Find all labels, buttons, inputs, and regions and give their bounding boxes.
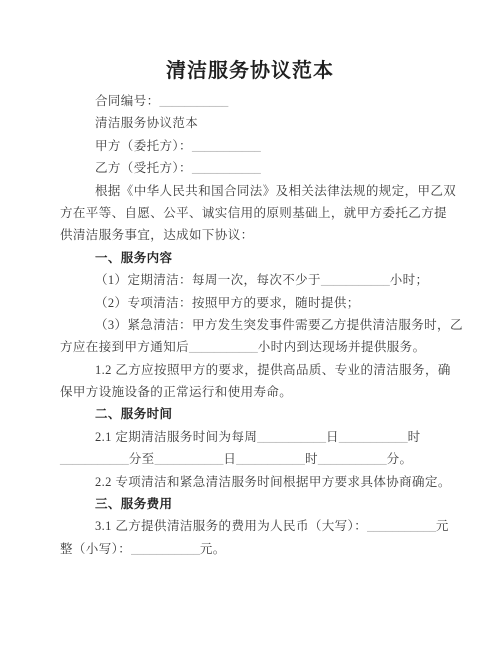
doc-line: 乙方（受托方）：___________ [60,157,440,179]
blank-field: ___________ [192,161,261,175]
doc-line: 2.2 专项清洁和紧急清洁服务时间根据甲方要求具体协商确定。 [60,471,440,493]
doc-line: 整（小写）：___________元。 [60,538,440,560]
blank-field: ___________ [131,542,200,556]
doc-line: 3.1 乙方提供清洁服务的费用为人民币（大写）：___________元 [60,515,440,537]
doc-line: 1.2 乙方应按照甲方的要求，提供高品质、专业的清洁服务，确 [60,359,440,381]
blank-field: ___________ [321,273,390,287]
doc-section-heading: 二、服务时间 [60,403,440,425]
doc-line: 清洁服务协议范本 [60,112,440,134]
blank-field: ___________ [257,430,326,444]
doc-line: 供清洁服务事宜，达成如下协议： [60,224,440,246]
doc-line: （1）定期清洁：每周一次，每次不少于___________小时； [60,269,440,291]
doc-line: 合同编号：___________ [60,90,440,112]
document-body: 合同编号：___________清洁服务协议范本甲方（委托方）：________… [0,90,500,560]
document-title: 清洁服务协议范本 [0,0,500,86]
blank-field: ___________ [318,452,387,466]
blank-field: ___________ [189,340,258,354]
blank-field: ___________ [60,452,129,466]
blank-field: ___________ [236,452,305,466]
doc-line: （2）专项清洁：按照甲方的要求，随时提供； [60,292,440,314]
blank-field: ___________ [367,519,436,533]
blank-field: ___________ [192,139,261,153]
doc-line: 方应在接到甲方通知后___________小时内到达现场并提供服务。 [60,336,440,358]
doc-line: 甲方（委托方）：___________ [60,135,440,157]
doc-line: （3）紧急清洁：甲方发生突发事件需要乙方提供清洁服务时，乙 [60,314,440,336]
doc-line: ___________分至___________日___________时___… [60,448,440,470]
blank-field: ___________ [155,452,224,466]
doc-section-heading: 一、服务内容 [60,247,440,269]
doc-section-heading: 三、服务费用 [60,493,440,515]
doc-line: 根据《中华人民共和国合同法》及相关法律法规的规定，甲乙双 [60,180,440,202]
document-page: 清洁服务协议范本 合同编号：___________清洁服务协议范本甲方（委托方）… [0,0,500,647]
blank-field: ___________ [339,430,408,444]
doc-line: 2.1 定期清洁服务时间为每周___________日___________时 [60,426,440,448]
doc-line: 保甲方设施设备的正常运行和使用寿命。 [60,381,440,403]
blank-field: ___________ [160,94,229,108]
doc-line: 方在平等、自愿、公平、诚实信用的原则基础上，就甲方委托乙方提 [60,202,440,224]
